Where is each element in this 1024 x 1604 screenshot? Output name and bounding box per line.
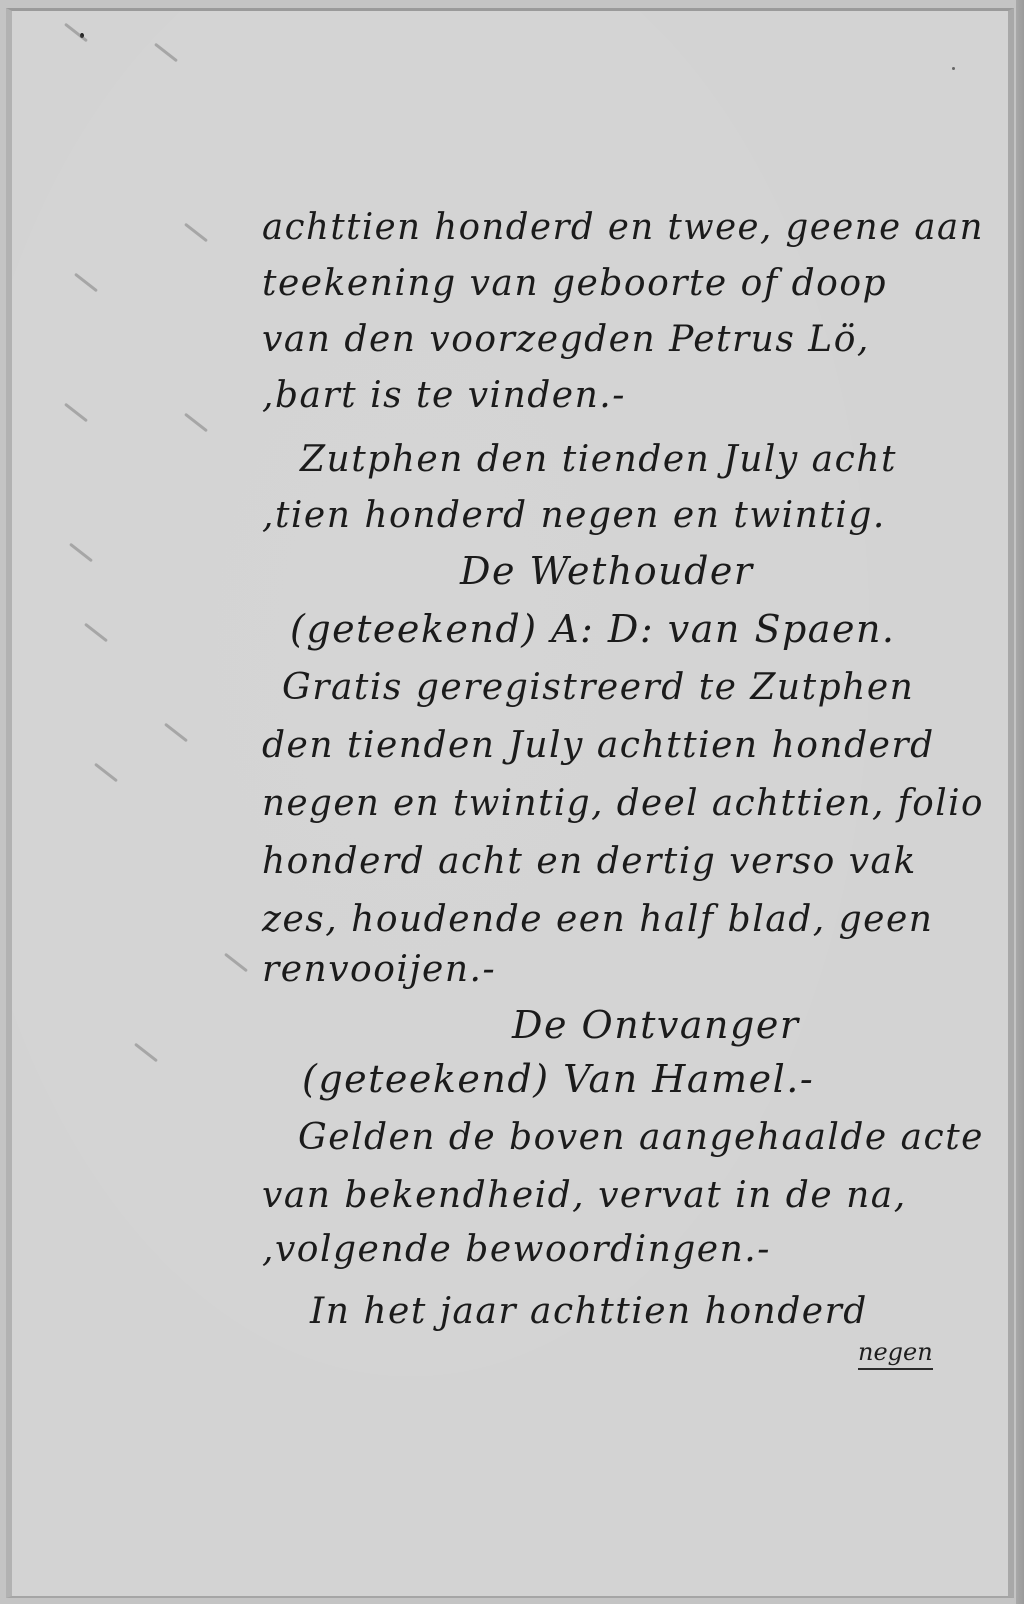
ink-speck (952, 67, 955, 70)
text-line: van den voorzegden Petrus Lö, (262, 322, 870, 358)
document-scan: achttien honderd en twee, geene aan teek… (0, 0, 1024, 1604)
catchword: negen (858, 1338, 933, 1370)
bleed-through-mark (94, 763, 118, 783)
bleed-through-mark (184, 413, 208, 433)
text-line: renvooijen.- (262, 952, 496, 988)
bleed-through-mark (164, 723, 188, 743)
bleed-through-mark (74, 273, 98, 293)
text-line: Zutphen den tienden July acht (300, 442, 897, 478)
text-line: Gratis geregistreerd te Zutphen (282, 670, 914, 706)
text-line: negen en twintig, deel achttien, folio (262, 786, 984, 822)
text-line: In het jaar achttien honderd (310, 1294, 868, 1330)
text-line: van bekendheid, vervat in de na, (262, 1178, 907, 1214)
text-line: ,tien honderd negen en twintig. (262, 498, 886, 534)
bleed-through-mark (64, 403, 88, 423)
bleed-through-mark (184, 223, 208, 243)
text-line: ,bart is te vinden.- (262, 378, 626, 414)
scan-edge (1016, 0, 1024, 1604)
signatory-title: De Wethouder (460, 552, 754, 590)
text-line: zes, houdende een half blad, geen (262, 902, 933, 938)
text-line: ,volgende bewoordingen.- (262, 1232, 771, 1268)
bleed-through-mark (154, 43, 178, 63)
text-line: honderd acht en dertig verso vak (262, 844, 917, 880)
bleed-through-mark (64, 23, 88, 43)
bleed-through-mark (224, 953, 248, 973)
signature-line: (geteekend) Van Hamel.- (302, 1060, 814, 1098)
signatory-title: De Ontvanger (512, 1006, 800, 1044)
bleed-through-mark (84, 623, 108, 643)
text-line: teekening van geboorte of doop (262, 266, 887, 302)
bleed-through-mark (134, 1043, 158, 1063)
text-line: Gelden de boven aangehaalde acte (298, 1120, 984, 1156)
bleed-through-mark (69, 543, 93, 563)
text-line: achttien honderd en twee, geene aan (262, 210, 984, 246)
text-line: den tienden July achttien honderd (262, 728, 935, 764)
signature-line: (geteekend) A: D: van Spaen. (290, 610, 896, 648)
